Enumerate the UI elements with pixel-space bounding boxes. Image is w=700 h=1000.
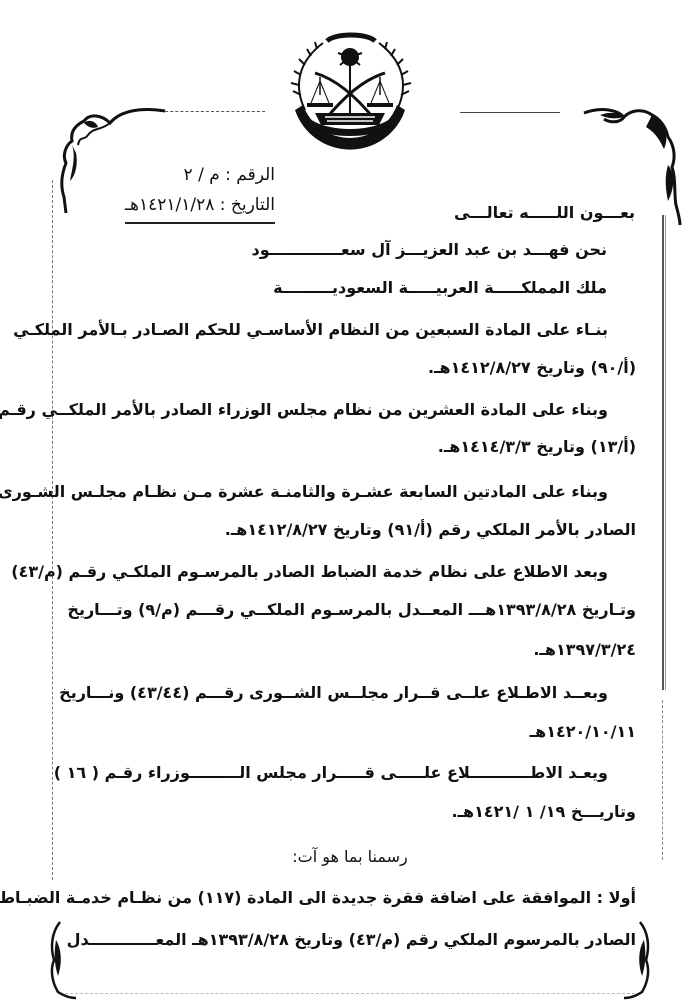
paragraph-5-line-2: ١٤٢٠/١٠/١١هـ (530, 722, 636, 741)
paragraph-5-line-1: وبعــد الاطـلاع علــى قــرار مجلــس الشـ… (59, 683, 608, 702)
paragraph-6-line-1: ويعـد الاطـــــــــــلاع علـــــى قـــــ… (54, 763, 608, 782)
paragraph-2-line-2: (أ/١٣) وتاريخ ١٤١٤/٣/٣هـ. (438, 437, 636, 456)
paragraph-4-line-1: وبعد الاطلاع على نظام خدمة الضباط الصادر… (11, 562, 608, 581)
article-1-line-2: الصادر بالمرسوم الملكي رقم (م/٤٣) وتاريخ… (67, 930, 636, 949)
paragraph-4-line-2: وتـاريخ ١٣٩٣/٨/٢٨هـــ المعــدل بالمرسـوم… (67, 600, 636, 619)
saudi-emblem-icon (275, 25, 425, 155)
paragraph-4-line-3: ١٣٩٧/٣/٢٤هـ. (533, 640, 636, 659)
paragraph-1-line-1: بنـاء على المادة السبعين من النظام الأسا… (13, 320, 608, 339)
reference-block: الرقم : م / ٢ التاريخ : ١٤٢١/١/٢٨هـ (75, 160, 275, 224)
paragraph-3-line-2: الصادر بالأمر الملكي رقم (أ/٩١) وتاريخ ١… (225, 520, 636, 539)
decree-page: الرقم : م / ٢ التاريخ : ١٤٢١/١/٢٨هـ بعــ… (0, 0, 700, 1000)
reference-date: التاريخ : ١٤٢١/١/٢٨هـ (125, 190, 275, 224)
paragraph-3-line-1: وبناء على المادتين السابعة عشـرة والثامن… (0, 482, 608, 501)
paragraph-6-line-2: وتاريـــخ ١٩/ ١ /١٤٢١هـ. (451, 802, 636, 821)
paragraph-2-line-1: وبناء على المادة العشرين من نظام مجلس ال… (0, 400, 608, 419)
frame-top-right-line (460, 112, 560, 114)
issuer-name: نحن فهـــد بن عبد العزيـــز آل سعـــــــ… (252, 240, 607, 259)
article-1-line-1: أولا : الموافقة على اضافة فقرة جديدة الى… (0, 888, 636, 907)
frame-right-line (662, 215, 664, 690)
decree-heading: رسمنا بما هو آت: (0, 847, 700, 866)
frame-right-line-inner (665, 215, 666, 690)
invocation: بعـــون اللـــــه تعالـــى (454, 203, 635, 222)
frame-top-left-line (160, 111, 265, 113)
paragraph-1-line-2: (أ/٩٠) وتاريخ ١٤١٢/٨/٢٧هـ. (428, 358, 636, 377)
frame-right-line-lower (662, 700, 664, 860)
reference-number: الرقم : م / ٢ (75, 160, 275, 190)
issuer-title: ملك المملكـــــة العربيـــــة السعوديـــ… (273, 278, 607, 297)
frame-bottom-line (60, 993, 640, 995)
